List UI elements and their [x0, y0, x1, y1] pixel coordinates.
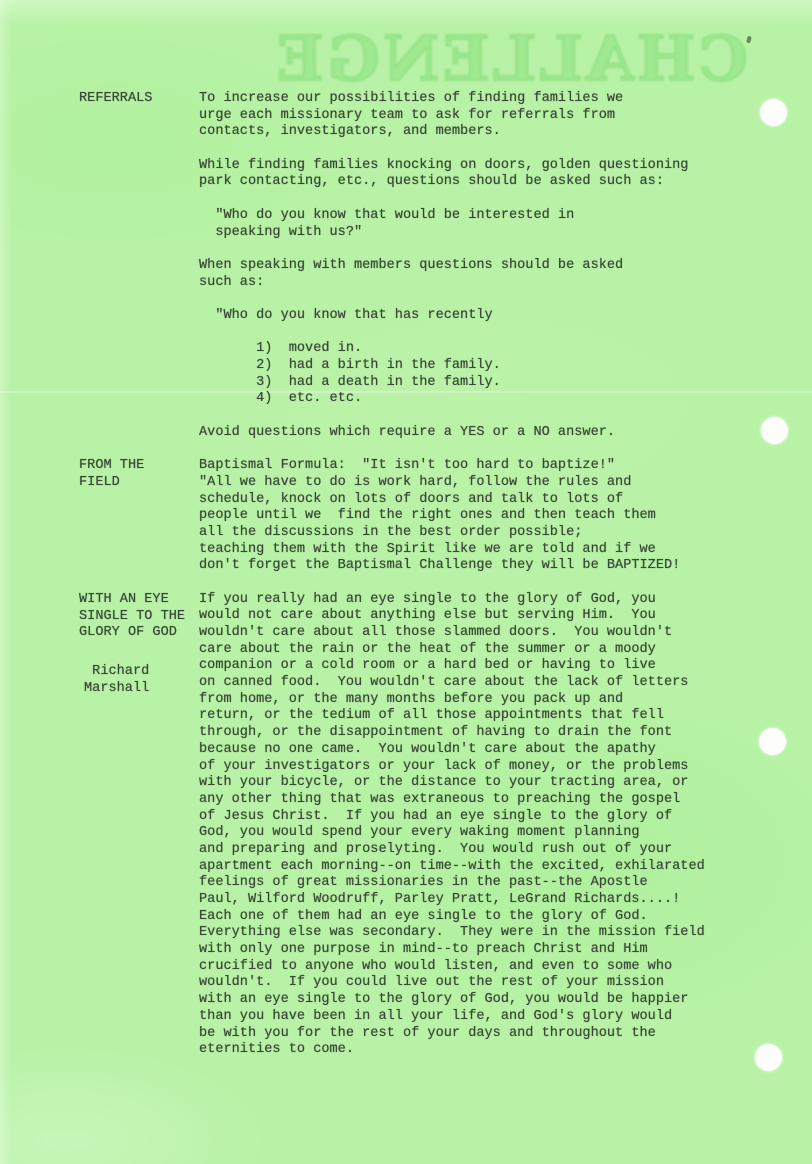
paper-page: CHALLENGE REFERRALS FROM THE FIELD WITH … [0, 0, 812, 1164]
body-line: God, you would spend your every waking m… [199, 825, 789, 842]
body-line: through, or the disappointment of having… [199, 725, 789, 742]
body-line: "All we have to do is work hard, follow … [199, 475, 789, 492]
body-line: with your bicycle, or the distance to yo… [199, 775, 789, 792]
body-line [199, 191, 789, 208]
author-name: Richard Marshall [84, 664, 149, 697]
body-line: Avoid questions which require a YES or a… [199, 425, 789, 442]
author-line: Marshall [84, 681, 149, 698]
heading-line: SINGLE TO THE [79, 609, 185, 626]
body-line: teaching them with the Spirit like we ar… [199, 542, 789, 559]
body-line: Paul, Wilford Woodruff, Parley Pratt, Le… [199, 892, 789, 909]
body-line: "Who do you know that has recently [199, 308, 789, 325]
body-line: When speaking with members questions sho… [199, 258, 789, 275]
body-line: eternities to come. [199, 1042, 789, 1059]
body-line: because no one came. You wouldn't care a… [199, 742, 789, 759]
body-line: care about the rain or the heat of the s… [199, 642, 789, 659]
body-line: from home, or the many months before you… [199, 692, 789, 709]
heading-line: GLORY OF GOD [79, 625, 185, 642]
body-line: schedule, knock on lots of doors and tal… [199, 492, 789, 509]
body-line: 1) moved in. [199, 341, 789, 358]
body-line: all the discussions in the best order po… [199, 525, 789, 542]
body-line: Baptismal Formula: "It isn't too hard to… [199, 458, 789, 475]
body-line: Everything else was secondary. They were… [199, 925, 789, 942]
heading-line: FIELD [79, 475, 144, 492]
typed-body-text: To increase our possibilities of finding… [199, 91, 789, 1059]
body-line: such as: [199, 275, 789, 292]
body-line: contacts, investigators, and members. [199, 124, 789, 141]
ink-speck [746, 36, 752, 44]
heading-line: WITH AN EYE [79, 592, 185, 609]
body-line: wouldn't. If you could live out the rest… [199, 975, 789, 992]
body-line: apartment each morning--on time--with th… [199, 859, 789, 876]
body-line: If you really had an eye single to the g… [199, 592, 789, 609]
body-line: and preparing and proselyting. You would… [199, 842, 789, 859]
body-line [199, 575, 789, 592]
body-line: with only one purpose in mind--to preach… [199, 942, 789, 959]
body-line: urge each missionary team to ask for ref… [199, 108, 789, 125]
bleedthrough-title: CHALLENGE [288, 26, 748, 92]
body-line [199, 241, 789, 258]
body-line: 3) had a death in the family. [199, 375, 789, 392]
section-heading-from-the-field: FROM THE FIELD [79, 458, 144, 491]
section-heading-referrals: REFERRALS [79, 91, 152, 108]
body-line: don't forget the Baptismal Challenge the… [199, 558, 789, 575]
body-line: wouldn't care about all those slammed do… [199, 625, 789, 642]
body-line [199, 141, 789, 158]
body-line: While finding families knocking on doors… [199, 158, 789, 175]
body-line: people until we find the right ones and … [199, 508, 789, 525]
body-line: on canned food. You wouldn't care about … [199, 675, 789, 692]
body-line: Each one of them had an eye single to th… [199, 909, 789, 926]
body-line: park contacting, etc., questions should … [199, 174, 789, 191]
body-line [199, 441, 789, 458]
heading-line: REFERRALS [79, 91, 152, 108]
body-line: companion or a cold room or a hard bed o… [199, 658, 789, 675]
body-line [199, 325, 789, 342]
body-line: crucified to anyone who would listen, an… [199, 959, 789, 976]
body-line: any other thing that was extraneous to p… [199, 792, 789, 809]
body-line [199, 291, 789, 308]
body-line: return, or the tedium of all those appoi… [199, 708, 789, 725]
body-line: To increase our possibilities of finding… [199, 91, 789, 108]
body-line: feelings of great missionaries in the pa… [199, 875, 789, 892]
body-line: 4) etc. etc. [199, 391, 789, 408]
body-line: "Who do you know that would be intereste… [199, 208, 789, 225]
author-line: Richard [84, 664, 149, 681]
body-line: be with you for the rest of your days an… [199, 1026, 789, 1043]
section-heading-eye-single: WITH AN EYE SINGLE TO THE GLORY OF GOD [79, 592, 185, 642]
body-line: of your investigators or your lack of mo… [199, 759, 789, 776]
body-line: speaking with us?" [199, 225, 789, 242]
heading-line: FROM THE [79, 458, 144, 475]
body-line: with an eye single to the glory of God, … [199, 992, 789, 1009]
body-line: would not care about anything else but s… [199, 608, 789, 625]
body-line [199, 408, 789, 425]
body-line: than you have been in all your life, and… [199, 1009, 789, 1026]
body-line: of Jesus Christ. If you had an eye singl… [199, 809, 789, 826]
body-line: 2) had a birth in the family. [199, 358, 789, 375]
